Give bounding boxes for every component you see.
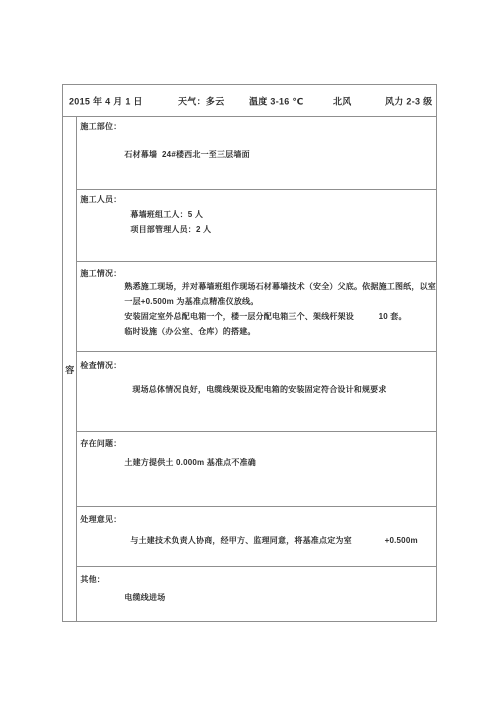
section-content: 现场总体情况良好，电缆线架设及配电箱的安装固定符合设计和规要求: [132, 382, 436, 397]
section-label: 施工情况：: [77, 262, 436, 279]
sections-column: 施工部位： 石材幕墙 24#楼西北一至三层墙面 施工人员： 幕墙班组工人：5 人…: [77, 117, 436, 621]
section-construction-personnel: 施工人员： 幕墙班组工人：5 人 项目部管理人员：2 人: [77, 189, 436, 261]
section-content: 熟悉施工现场，并对幕墙班组作现场石材幕墙技术（安全）父底。依据施工图纸，以室 一…: [124, 279, 436, 339]
section-existing-problems: 存在问题： 土建方提供土 0.000m 基准点不准确: [77, 431, 436, 506]
section-inspection-situation: 检查情况： 现场总体情况良好，电缆线架设及配电箱的安装固定符合设计和规要求: [77, 351, 436, 431]
content-line: 一层+0.500m 为基准点精准仪放线。: [124, 294, 436, 309]
content-line: 熟悉施工现场，并对幕墙班组作现场石材幕墙技术（安全）父底。依据施工图纸，以室: [124, 279, 436, 294]
content-line: 土建方提供土 0.000m 基准点不准确: [124, 455, 436, 470]
section-label: 存在问题：: [77, 432, 436, 449]
wind-force-text: 风力 2-3 级: [385, 94, 432, 107]
temperature-text: 温度 3-16 ℃: [249, 94, 304, 107]
section-label: 检查情况：: [77, 352, 436, 371]
section-handling-opinions: 处理意见： 与土建技术负责人协商，经甲方、监理同意，将基准点定为室 +0.500…: [77, 506, 436, 566]
spine-column: 容: [63, 117, 77, 621]
section-other: 其他： 电缆线进场: [77, 566, 436, 621]
section-label: 施工部位：: [77, 117, 436, 132]
header-row: 2015 年 4 月 1 日 天气：多云 温度 3-16 ℃ 北风 风力 2-3…: [63, 85, 436, 117]
section-label: 其他：: [77, 567, 436, 585]
section-content: 幕墙班组工人：5 人 项目部管理人员：2 人: [130, 207, 436, 237]
construction-log-table: 2015 年 4 月 1 日 天气：多云 温度 3-16 ℃ 北风 风力 2-3…: [62, 84, 437, 622]
date-text: 2015 年 4 月 1 日: [69, 94, 143, 107]
content-line: 幕墙班组工人：5 人: [130, 207, 436, 222]
document-page: 2015 年 4 月 1 日 天气：多云 温度 3-16 ℃ 北风 风力 2-3…: [0, 0, 500, 708]
content-line: 电缆线进场: [124, 590, 436, 605]
section-content: 电缆线进场: [124, 590, 436, 605]
weather-text: 天气：多云: [178, 94, 225, 107]
section-content: 与土建技术负责人协商，经甲方、监理同意，将基准点定为室 +0.500m: [130, 533, 436, 548]
section-label: 施工人员：: [77, 190, 436, 205]
section-content: 石材幕墙 24#楼西北一至三层墙面: [124, 147, 436, 162]
section-label: 处理意见：: [77, 507, 436, 525]
wind-direction-text: 北风: [333, 94, 352, 107]
section-content: 土建方提供土 0.000m 基准点不准确: [124, 455, 436, 470]
content-line: 与土建技术负责人协商，经甲方、监理同意，将基准点定为室 +0.500m: [130, 533, 436, 548]
content-line: 临时设施（办公室、仓库）的搭建。: [124, 324, 436, 339]
content-line: 石材幕墙 24#楼西北一至三层墙面: [124, 147, 436, 162]
content-line: 安装固定室外总配电箱一个，楼一层分配电箱三个、架线杆架设 10 套。: [124, 309, 436, 324]
content-line: 现场总体情况良好，电缆线架设及配电箱的安装固定符合设计和规要求: [132, 382, 436, 397]
spine-label: 容: [65, 363, 74, 376]
content-line: 项目部管理人员：2 人: [130, 222, 436, 237]
section-construction-location: 施工部位： 石材幕墙 24#楼西北一至三层墙面: [77, 117, 436, 189]
section-construction-situation: 施工情况： 熟悉施工现场，并对幕墙班组作现场石材幕墙技术（安全）父底。依据施工图…: [77, 261, 436, 351]
table-body: 容 施工部位： 石材幕墙 24#楼西北一至三层墙面 施工人员： 幕墙班组工人：5…: [63, 117, 436, 621]
